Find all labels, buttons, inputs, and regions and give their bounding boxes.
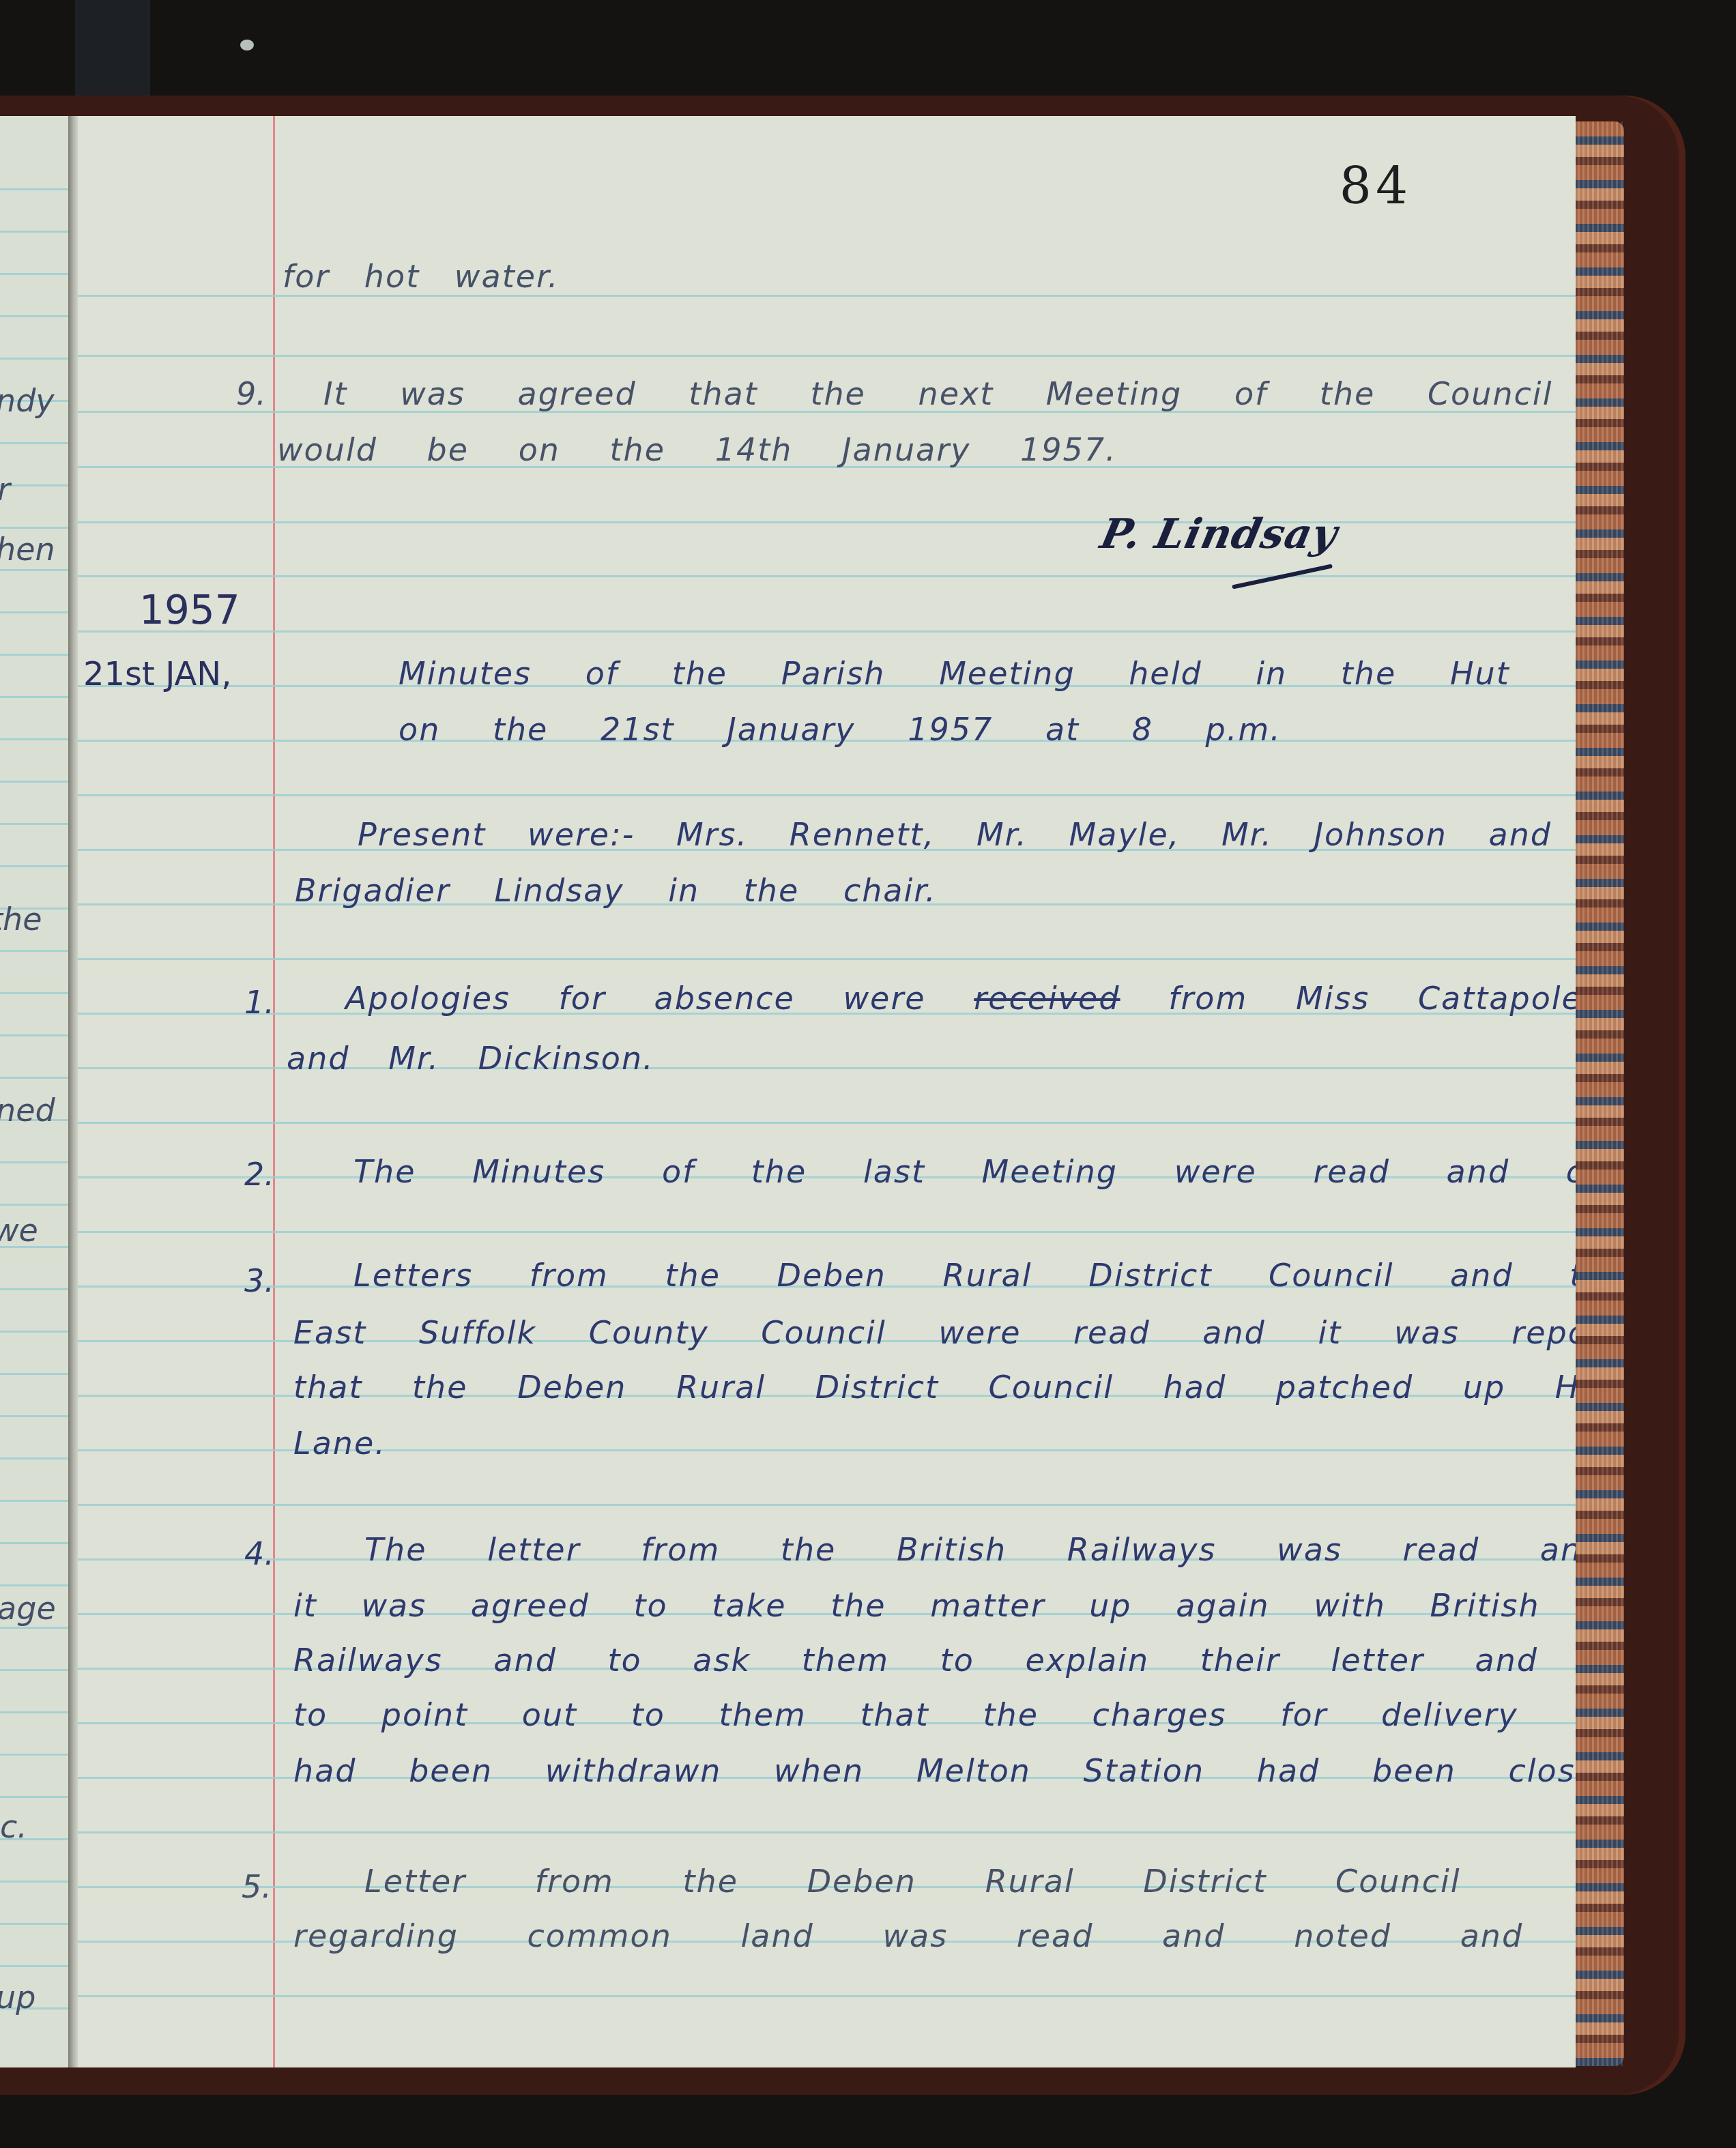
item-1-line-2: and Mr. Dickinson. — [287, 1040, 654, 1077]
ruled-line — [78, 521, 1576, 523]
left-page-text: c. — [0, 1808, 27, 1845]
item-number: 5. — [242, 1868, 272, 1905]
item-number: 9. — [236, 375, 266, 412]
ruled-line — [78, 1122, 1576, 1124]
left-page-text: hen — [0, 531, 55, 568]
item-3-line-3: that the Deben Rural District Council ha… — [293, 1369, 1576, 1406]
ruled-line — [0, 1796, 70, 1798]
ruled-line — [0, 1034, 70, 1036]
item-2-line-1: The Minutes of the last Meeting were rea… — [353, 1153, 1576, 1190]
item-4-line-1: The letter from the British Railways was… — [364, 1531, 1576, 1568]
ruled-line — [78, 1231, 1576, 1233]
item-3-line-2: East Suffolk County Council were read an… — [293, 1314, 1576, 1351]
ruled-line — [78, 1831, 1576, 1833]
ruled-line — [0, 484, 70, 487]
item-4-line-4: to point out to them that the charges fo… — [293, 1696, 1518, 1733]
dust-speck — [240, 40, 254, 50]
left-page-text: the — [0, 901, 42, 938]
ruled-line — [0, 1923, 70, 1925]
item-4-line-3: Railways and to ask them to explain thei… — [293, 1642, 1538, 1679]
left-page-text: r — [0, 471, 10, 508]
left-page-fragment: ndy r hen the ned we age c. up — [0, 116, 70, 2067]
ruled-line — [0, 188, 70, 190]
ruled-line — [0, 1965, 70, 1967]
ruled-line — [78, 794, 1576, 796]
ruled-line — [0, 273, 70, 275]
ruled-line — [0, 1331, 70, 1333]
ruled-line — [78, 355, 1576, 357]
item-number: 4. — [244, 1535, 274, 1572]
item-4-line-2: it was agreed to take the matter up agai… — [293, 1587, 1540, 1624]
continuation-line: for hot water. — [283, 258, 559, 295]
item-1-line-1: Apologies for absence were received from… — [345, 980, 1576, 1017]
ruled-line — [0, 527, 70, 529]
item-9-line-1: It was agreed that the next Meeting of t… — [323, 375, 1552, 412]
left-page-text: we — [0, 1212, 38, 1249]
present-line-1: Present were:- Mrs. Rennett, Mr. Mayle, … — [358, 816, 1552, 853]
ruled-line — [0, 950, 70, 952]
ruled-line — [78, 575, 1576, 577]
marbled-fore-edge — [1573, 121, 1624, 2066]
ruled-line — [0, 611, 70, 613]
left-page-text: up — [0, 1979, 35, 2016]
item-3-line-4: Lane. — [293, 1425, 386, 1462]
ruled-line — [0, 358, 70, 360]
ruled-line — [0, 1373, 70, 1375]
item-5-line-1: Letter from the Deben Rural District Cou… — [364, 1863, 1461, 1900]
ruled-line — [78, 630, 1576, 633]
adjacent-cover-strip — [75, 0, 150, 109]
ruled-line — [0, 1161, 70, 1163]
ruled-line — [0, 738, 70, 740]
entry-date-day: 21st JAN, — [83, 655, 231, 693]
ruled-line — [0, 1584, 70, 1586]
minutes-heading-line-1: Minutes of the Parish Meeting held in th… — [399, 655, 1510, 692]
ruled-line — [0, 442, 70, 444]
item-number: 3. — [244, 1262, 274, 1299]
ruled-line — [0, 823, 70, 825]
ruled-line — [0, 1288, 70, 1290]
ruled-line — [0, 1669, 70, 1671]
page-number: 84 — [1340, 157, 1412, 216]
ruled-line — [0, 654, 70, 656]
struck-word: received — [974, 980, 1120, 1017]
ruled-line — [0, 696, 70, 698]
signature: P. Lindsay — [1097, 510, 1342, 558]
item-number: 1. — [244, 984, 274, 1021]
ruled-line — [0, 315, 70, 317]
left-page-text: ned — [0, 1092, 55, 1129]
ruled-line — [78, 295, 1576, 297]
present-line-2: Brigadier Lindsay in the chair. — [295, 872, 937, 909]
ruled-line — [0, 231, 70, 233]
item-3-line-1: Letters from the Deben Rural District Co… — [353, 1257, 1576, 1294]
left-page-text: age — [0, 1590, 56, 1627]
ruled-line — [0, 1415, 70, 1417]
item-number: 2. — [244, 1156, 274, 1193]
ruled-line — [0, 781, 70, 783]
ruled-line — [0, 569, 70, 571]
entry-date-year: 1957 — [139, 587, 240, 633]
left-page-text: ndy — [0, 382, 55, 419]
ruled-line — [0, 1881, 70, 1883]
ruled-line — [0, 1627, 70, 1629]
notebook-page: 84 for hot water. 9. It was agreed that … — [78, 116, 1576, 2067]
ruled-line — [0, 1711, 70, 1713]
ruled-line — [0, 1204, 70, 1206]
ruled-line — [0, 865, 70, 867]
item-9-line-2: would be on the 14th January 1957. — [277, 431, 1117, 468]
item-4-line-5: had been withdrawn when Melton Station h… — [293, 1752, 1576, 1789]
ruled-line — [0, 1457, 70, 1460]
red-margin-line — [273, 116, 275, 2067]
ruled-line — [78, 958, 1576, 960]
minutes-heading-line-2: on the 21st January 1957 at 8 p.m. — [399, 711, 1282, 748]
ruled-line — [0, 1077, 70, 1079]
ruled-line — [78, 1995, 1576, 1997]
ruled-line — [78, 1504, 1576, 1506]
ruled-line — [0, 992, 70, 994]
ruled-line — [0, 1500, 70, 1502]
item-5-line-2: regarding common land was read and noted… — [293, 1917, 1523, 1954]
ruled-line — [0, 1542, 70, 1544]
ruled-line — [0, 1754, 70, 1756]
